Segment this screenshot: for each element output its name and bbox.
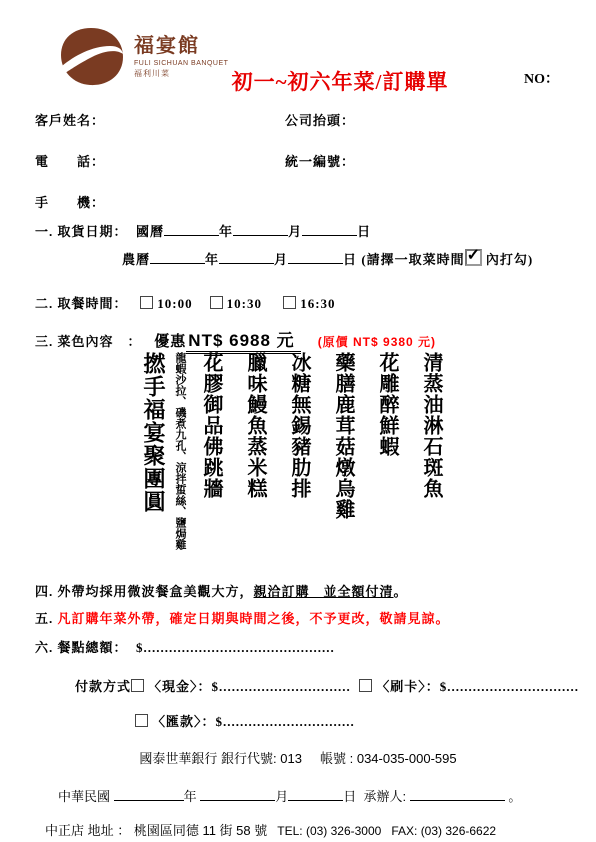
dish-wuxi-pork-ribs: 冰糖無錫豬肋排 xyxy=(289,352,309,499)
transfer-label: 〈匯款〉： xyxy=(152,714,216,729)
section2-label: 取餐時間： xyxy=(58,296,128,311)
footer-fax: FAX: (03) 326-6622 xyxy=(391,824,496,838)
lunar-calendar-label: 農曆 xyxy=(122,252,150,267)
time-1030-label: 10:30 xyxy=(227,296,262,311)
dish-steamed-grouper: 清蒸油淋石斑魚 xyxy=(421,352,441,499)
section4-period: 。 xyxy=(394,584,408,599)
time-1630-checkbox[interactable] xyxy=(283,296,296,309)
sample-checked-checkbox xyxy=(465,249,482,266)
dish-eel-rice-cake: 臘味鰻魚蒸米糕 xyxy=(245,352,265,499)
solar-month-input[interactable] xyxy=(233,222,288,236)
section5-row: 五. 凡訂購年菜外帶，確定日期與時間之後，不予更改，敬請見諒。 xyxy=(35,608,450,627)
section6-label: 餐點總額： xyxy=(58,640,128,655)
dish-herbal-chicken-soup: 藥膳鹿茸菇燉烏雞 xyxy=(333,352,353,520)
payment-row-2: 〈匯款〉：$............................... xyxy=(135,711,355,730)
solar-year-input[interactable] xyxy=(164,222,219,236)
time-1030-checkbox[interactable] xyxy=(210,296,223,309)
order-number-label: NO： xyxy=(524,68,559,88)
month-label: 月 xyxy=(288,224,302,239)
section6-number: 六. xyxy=(35,640,53,655)
dish-cold-appetizers: 龍蝦沙拉、磯煮九孔、涼拌蜇絲、鹽焗雞 xyxy=(174,352,185,550)
roc-era-label: 中華民國 xyxy=(58,789,110,804)
cash-checkbox[interactable] xyxy=(131,679,144,692)
cash-label: 〈現金〉： xyxy=(148,679,212,694)
lunar-year-input[interactable] xyxy=(150,250,205,264)
time-1000-checkbox[interactable] xyxy=(140,296,153,309)
month-label: 月 xyxy=(274,252,288,267)
solar-day-input[interactable] xyxy=(302,222,357,236)
day-label: 日 xyxy=(343,252,357,267)
roc-month-input[interactable] xyxy=(200,787,275,801)
section4-text: 外帶均採用微波餐盒美觀大方， xyxy=(58,584,254,599)
total-amount-input[interactable]: $.......................................… xyxy=(136,640,335,655)
store-address: 中正店 地址 ： 桃園區同德 11 街 58 號 xyxy=(45,823,267,838)
solar-calendar-label: 國曆 xyxy=(136,224,164,239)
section1-row-lunar: 農曆年月日 (請擇一取菜時間 內打勾) xyxy=(122,249,533,268)
roc-year-label: 年 xyxy=(184,789,197,804)
cash-amount-input[interactable]: $............................... xyxy=(212,679,351,694)
bank-name-and-code: 國泰世華銀行 銀行代號: 013 xyxy=(139,751,302,766)
bank-info-row: 國泰世華銀行 銀行代號: 013 帳號 : 034-035-000-595 xyxy=(0,748,596,767)
section3-label: 菜色內容 ： xyxy=(58,334,142,349)
transfer-amount-input[interactable]: $............................... xyxy=(216,714,355,729)
handler-label: 承辦人: xyxy=(364,789,407,804)
dish-huadiao-shrimp: 花雕醉鮮蝦 xyxy=(377,352,397,457)
section1-label: 取貨日期： xyxy=(58,224,128,239)
menu-dish-list: 清蒸油淋石斑魚 花雕醉鮮蝦 藥膳鹿茸菇燉烏雞 冰糖無錫豬肋排 臘味鰻魚蒸米糕 花… xyxy=(95,352,453,572)
checkbox-note-prefix: (請擇一取菜時間 xyxy=(361,252,464,267)
lunar-month-input[interactable] xyxy=(219,250,274,264)
payment-method-label: 付款方式 xyxy=(75,679,131,694)
section4-row: 四. 外帶均採用微波餐盒美觀大方，親洽訂購 並全額付清。 xyxy=(35,581,408,600)
footer-tel: TEL: (03) 326-3000 xyxy=(277,824,381,838)
footer-row: 中正店 地址 ： 桃園區同德 11 街 58 號 TEL: (03) 326-3… xyxy=(45,820,496,839)
section5-number: 五. xyxy=(35,611,53,626)
roc-date-row: 中華民國 年 月日 承辦人: 。 xyxy=(58,786,521,805)
promo-label: 優惠 xyxy=(154,334,186,350)
roc-day-input[interactable] xyxy=(288,787,343,801)
section4-underlined-text: 親洽訂購 並全額付清 xyxy=(254,584,394,599)
card-label: 〈刷卡〉： xyxy=(376,679,440,694)
promo-price: NT$ 6988 元 xyxy=(186,331,300,354)
transfer-checkbox[interactable] xyxy=(135,714,148,727)
dish-buddha-jumps-wall: 花膠御品佛跳牆 xyxy=(201,352,221,499)
section2-number: 二. xyxy=(35,296,53,311)
section5-warning-text: 凡訂購年菜外帶，確定日期與時間之後，不予更改，敬請見諒。 xyxy=(58,611,450,626)
mobile-label: 手 機： xyxy=(35,192,105,211)
logo-ingot-icon xyxy=(58,26,126,88)
original-price: (原價 NT$ 9380 元) xyxy=(318,335,436,349)
section2-row: 二. 取餐時間： 10:00 10:30 16:30 xyxy=(35,293,336,312)
company-title-label: 公司抬頭： xyxy=(285,110,355,129)
order-form-page: 福宴館 FULI SICHUAN BANQUET 福利川菜 初一~初六年菜/訂購… xyxy=(0,0,596,842)
year-label: 年 xyxy=(219,224,233,239)
section3-number: 三. xyxy=(35,334,53,349)
checkbox-note-suffix: 內打勾) xyxy=(486,252,533,267)
customer-name-label: 客戶姓名： xyxy=(35,110,105,129)
section6-row: 六. 餐點總額： $..............................… xyxy=(35,637,335,656)
dish-set-name-reunion: 撚手福宴聚團圓 xyxy=(142,352,164,513)
lunar-day-input[interactable] xyxy=(288,250,343,264)
roc-day-label: 日 xyxy=(343,789,356,804)
time-1000-label: 10:00 xyxy=(157,296,192,311)
roc-month-label: 月 xyxy=(275,789,288,804)
card-checkbox[interactable] xyxy=(359,679,372,692)
section4-number: 四. xyxy=(35,584,53,599)
roc-year-input[interactable] xyxy=(114,787,184,801)
bank-account-number: 帳號 : 034-035-000-595 xyxy=(320,751,457,766)
section3-row: 三. 菜色內容 ： 優惠NT$ 6988 元 (原價 NT$ 9380 元) xyxy=(35,326,436,351)
section1-number: 一. xyxy=(35,224,53,239)
page-title: 初一~初六年菜/訂購單 xyxy=(180,66,500,96)
day-label: 日 xyxy=(357,224,371,239)
card-amount-input[interactable]: $............................... xyxy=(440,679,579,694)
time-1630-label: 16:30 xyxy=(300,296,335,311)
logo-name-zh: 福宴館 xyxy=(134,36,228,57)
year-label: 年 xyxy=(205,252,219,267)
tax-id-label: 統一編號： xyxy=(285,151,355,170)
handler-name-input[interactable] xyxy=(410,787,505,801)
date-line-period: 。 xyxy=(508,789,521,804)
section1-row-solar: 一. 取貨日期： 國曆年月日 xyxy=(35,221,371,240)
payment-row-1: 付款方式〈現金〉：$..............................… xyxy=(75,676,579,695)
phone-label: 電 話： xyxy=(35,151,105,170)
